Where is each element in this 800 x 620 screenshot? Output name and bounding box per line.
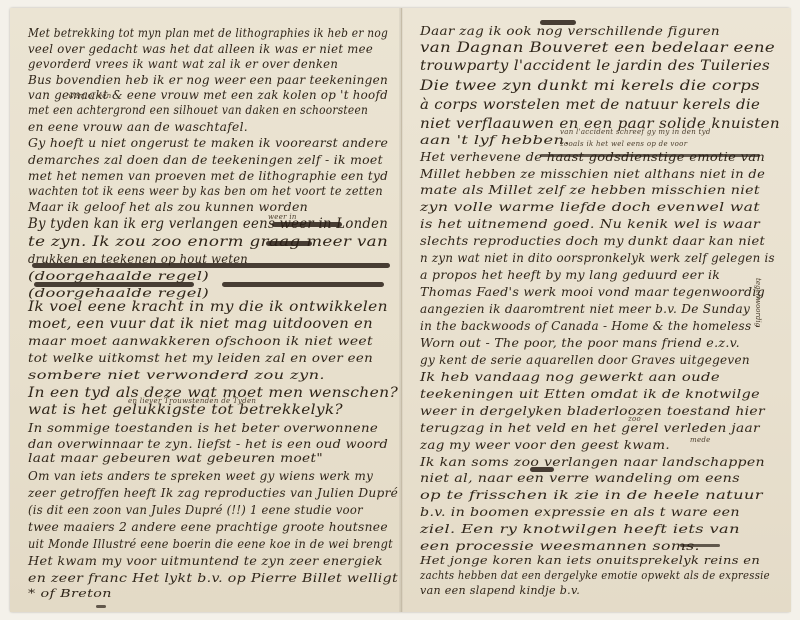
right-page-line: op te frisschen ik zie in de heele natuu… xyxy=(420,487,763,502)
right-page-line: trouwparty l'accident le jardin des Tuil… xyxy=(420,58,770,74)
left-page-line: met het nemen van proeven met de lithogr… xyxy=(28,168,388,183)
insertion-note: zoo xyxy=(628,415,641,423)
right-page-line: zyn volle warme liefde doch evenwel wat xyxy=(420,199,760,214)
left-page-line: Maar ik geloof het als zou kunnen worden xyxy=(28,199,308,214)
right-page-line: Die twee zyn dunkt mi kerels die corps xyxy=(420,78,760,94)
left-page-line: maar moet aanwakkeren ofschoon ik niet w… xyxy=(28,333,373,348)
left-page-line: Het kwam my voor uitmuntend te zyn zeer … xyxy=(28,553,383,568)
left-page-line: (is dit een zoon van Jules Dupré (!!) 1 … xyxy=(28,502,363,517)
left-page-line: gevorderd vrees ik want wat zal ik er ov… xyxy=(28,56,338,71)
strikethrough-mark xyxy=(266,241,312,246)
left-page-line: veel over gedacht was het dat alleen ik … xyxy=(28,41,373,56)
strikethrough-mark xyxy=(272,222,342,227)
right-page-line: Worn out - The poor, the poor mans frien… xyxy=(420,335,740,350)
left-page-line: Gy hoeft u niet ongerust te maken ik voo… xyxy=(28,135,388,150)
right-page-line: van een slapend kindje b.v. xyxy=(420,584,580,597)
page-fold xyxy=(399,8,403,612)
margin-note: tegenwoordig xyxy=(754,278,762,327)
right-page-line: zachts hebben dat een dergelyke emotie o… xyxy=(420,569,770,582)
strikethrough-mark xyxy=(540,20,576,25)
left-page-line: uit Monde Illustré eene boerin die eene … xyxy=(28,536,393,551)
right-page-line: is het uitnemend goed. Nu kenik wel is w… xyxy=(420,216,760,231)
insertion-note: weer in xyxy=(268,213,297,221)
strikethrough-mark xyxy=(96,605,106,608)
strikethrough-mark xyxy=(32,263,390,268)
right-page-line: niet al, naar een verre wandeling om een… xyxy=(420,470,740,485)
right-page-line: Daar zag ik ook nog verschillende figure… xyxy=(420,23,720,38)
right-page-line: terugzag in het veld en het gerel verled… xyxy=(420,420,760,435)
left-page-line: Ik voel eene kracht in my die ik ontwikk… xyxy=(28,299,388,315)
strikethrough-mark xyxy=(530,467,554,472)
left-page-line: dan overwinnaar te zyn. liefst - het is … xyxy=(28,436,388,451)
left-page-line: sombere niet verwonderd zou zyn. xyxy=(28,367,325,382)
left-page-line: Bus bovendien heb ik er nog weer een paa… xyxy=(28,72,388,87)
insertion-note: mede xyxy=(690,436,711,444)
right-page-line: mate als Millet zelf ze hebben misschien… xyxy=(420,182,760,197)
right-page-line: Ik kan soms zoo verlangen naar landschap… xyxy=(420,454,765,469)
right-page-line: Het jonge koren kan iets onuitsprekelyk … xyxy=(420,554,760,567)
left-page-line: en eene vrouw aan de waschtafel. xyxy=(28,119,248,134)
left-page-line: (doorgehaalde regel) xyxy=(28,285,209,300)
right-page-line: aan 't lyf hebben. xyxy=(420,132,570,147)
right-page-line: aangezien ik daaromtrent niet meer b.v. … xyxy=(420,301,750,316)
right-page-line: ziel. Een ry knotwilgen heeft iets van xyxy=(420,521,740,536)
strikethrough-mark xyxy=(540,154,760,157)
left-page-line: In sommige toestanden is het beter overw… xyxy=(28,420,378,435)
right-page-line: à corps worstelen met de natuur kerels d… xyxy=(420,97,760,113)
left-page-line: Om van iets anders te spreken weet gy wi… xyxy=(28,468,373,483)
left-page-line: * of Breton xyxy=(28,587,112,600)
right-page-line: Millet hebben ze misschien niet althans … xyxy=(420,166,765,181)
right-page-line: in the backwoods of Canada - Home & the … xyxy=(420,318,760,333)
strikethrough-mark xyxy=(680,544,720,547)
right-page-line: a propos het heeft by my lang geduurd ee… xyxy=(420,267,720,282)
right-page-line: b.v. in boomen expressie en als t ware e… xyxy=(420,504,740,519)
left-page-line: laat maar gebeuren wat gebeuren moet" xyxy=(28,450,323,465)
right-page-line: Ik heb vandaag nog gewerkt aan oude xyxy=(420,369,720,384)
right-page-line: van Dagnan Bouveret een bedelaar eene xyxy=(420,40,775,56)
right-page-line: slechts reproducties doch my dunkt daar … xyxy=(420,233,765,248)
left-page-line: te zyn. Ik zou zoo enorm graag meer van xyxy=(28,234,388,250)
right-page-line: teekeningen uit Etten omdat ik de knotwi… xyxy=(420,386,760,401)
right-page-line: gy kent de serie aquarellen door Graves … xyxy=(420,352,750,367)
left-page-line: tot welke uitkomst het my leiden zal en … xyxy=(28,350,373,365)
insertion-note: zooals ik het wel eens op de voor xyxy=(560,140,687,148)
left-page-line: wachten tot ik eens weer by kas ben om h… xyxy=(28,183,383,198)
left-page-line: moet, een vuur dat ik niet mag uitdooven… xyxy=(28,316,373,332)
left-page-line: demarches zal doen dan de teekeningen ze… xyxy=(28,152,383,167)
right-page-line: weer in dergelyken bladerloozen toestand… xyxy=(420,403,765,418)
insertion-note: werf of een xyxy=(68,92,111,100)
right-page-line: Thomas Faed's werk mooi vond maar tegenw… xyxy=(420,284,765,299)
right-page-line: zag my weer voor den geest kwam. xyxy=(420,437,670,452)
left-page-line: met een achtergrond een silhouet van dak… xyxy=(28,102,368,117)
strikethrough-mark xyxy=(222,282,384,287)
left-page-line: zeer getroffen heeft Ik zag reproducties… xyxy=(28,485,398,500)
right-page-line: n zyn wat niet in dito oorspronkelyk wer… xyxy=(420,250,775,265)
left-page-line: Met betrekking tot myn plan met de litho… xyxy=(28,25,388,40)
left-page-line: (doorgehaalde regel) xyxy=(28,268,209,283)
left-page-line: twee maaiers 2 andere eene prachtige gro… xyxy=(28,519,388,534)
strikethrough-mark xyxy=(34,282,194,287)
insertion-note: van l'accident schreef gy my in den tyd xyxy=(560,128,711,136)
left-page-line: en zeer franc Het lykt b.v. op Pierre Bi… xyxy=(28,570,398,585)
insertion-note: en liever Trouwstenden de Tyden xyxy=(128,397,256,405)
right-page-line: een processie weesmannen soms. xyxy=(420,538,700,553)
